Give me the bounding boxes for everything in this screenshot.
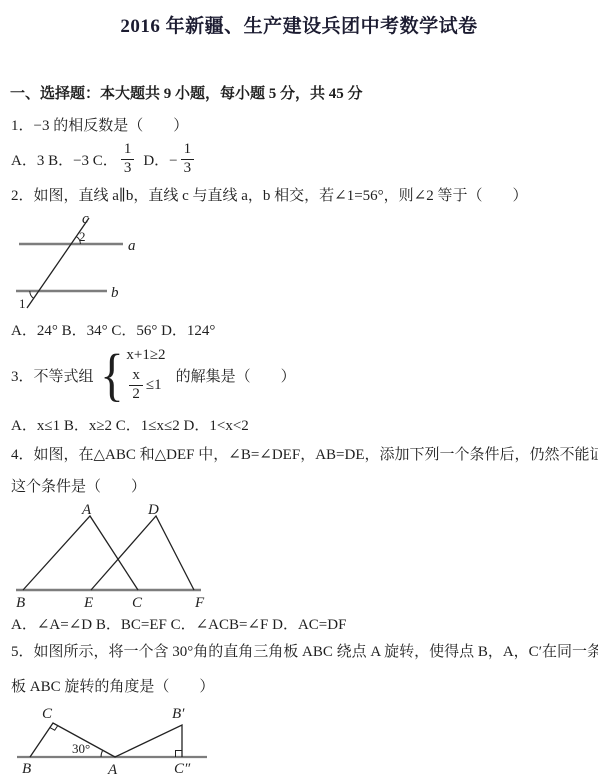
q2-angle1-label: 1 — [19, 296, 26, 311]
q2-label-a: a — [128, 238, 136, 254]
q4-triangle-DEF — [91, 516, 194, 590]
q4-stem-line1: 4．如图，在△ABC 和△DEF 中，∠B=∠DEF，AB=DE，添加下列一个条… — [11, 443, 598, 464]
q2-parallel-lines-figure: c a b 2 1 — [8, 208, 158, 312]
q2-stem: 2．如图，直线 a∥b，直线 c 与直线 a，b 相交，若∠1=56°，则∠2 … — [11, 184, 528, 205]
q4-stem-line2: 这个条件是（ ） — [11, 475, 146, 496]
q1-options-prefix: A．3 B．−3 C． — [11, 149, 118, 170]
q3-inequality-1: x+1≥2 — [126, 347, 165, 364]
q5-stem-line1: 5．如图所示，将一个含 30°角的直角三角板 ABC 绕点 A 旋转，使得点 B… — [11, 640, 598, 661]
q3-stem: 3．不等式组 { x+1≥2 x2 ≤1 的解集是（ ） — [11, 342, 296, 408]
q4-label-C: C — [132, 595, 143, 611]
q3-stem-prefix: 3．不等式组 — [11, 365, 94, 386]
q1-fraction-one-third: 13 — [121, 142, 135, 177]
fraction-numerator: 1 — [181, 142, 195, 160]
q4-label-D: D — [147, 502, 159, 518]
q3-inequality-2-suffix: ≤1 — [146, 377, 162, 394]
q2-label-c: c — [82, 211, 89, 227]
q4-label-A: A — [81, 502, 92, 518]
q4-label-B: B — [16, 595, 25, 611]
q1-stem: 1．−3 的相反数是（ ） — [11, 114, 188, 135]
q4-options: A．∠A=∠D B．BC=EF C．∠ACB=∠F D．AC=DF — [11, 613, 346, 634]
q5-triangle-ABprime — [115, 725, 182, 757]
q3-inequality-2: x2 ≤1 — [126, 368, 165, 403]
q5-angle-label: 30° — [72, 741, 90, 756]
q1-options: A．3 B．−3 C． 13 D．− 13 — [11, 140, 197, 178]
q5-label-B: B — [22, 761, 31, 777]
q1-fraction-neg-one-third: 13 — [181, 142, 195, 177]
q5-label-Cdblprime: C″ — [174, 761, 191, 777]
q3-inequality-system: x+1≥2 x2 ≤1 — [126, 347, 165, 403]
q5-label-A: A — [107, 762, 118, 778]
q3-fraction-x-over-2: x2 — [129, 368, 143, 403]
fraction-numerator: x — [129, 368, 143, 386]
q5-stem-line2: 板 ABC 旋转的角度是（ ） — [11, 675, 214, 696]
section-heading: 一、选择题：本大题共 9 小题，每小题 5 分，共 45 分 — [10, 82, 363, 103]
q4-triangles-figure: A D B E C F — [6, 500, 216, 612]
q5-label-C: C — [42, 706, 53, 722]
q4-triangle-ABC — [23, 516, 138, 590]
q2-options: A．24° B．34° C．56° D．124° — [11, 319, 215, 340]
fraction-denominator: 3 — [121, 160, 135, 177]
q4-label-E: E — [83, 595, 93, 611]
q4-label-F: F — [194, 595, 205, 611]
q5-rotated-triangle-figure: C B′ B A C″ 30° — [6, 702, 236, 779]
q1-options-mid: D．− — [143, 149, 177, 170]
exam-paper-page: 2016 年新疆、生产建设兵团中考数学试卷 一、选择题：本大题共 9 小题，每小… — [0, 0, 598, 779]
q2-angle2-label: 2 — [79, 229, 86, 244]
fraction-denominator: 3 — [181, 160, 195, 177]
q5-label-Bprime: B′ — [172, 706, 185, 722]
q3-options: A．x≤1 B．x≥2 C．1≤x≤2 D．1<x<2 — [11, 414, 249, 435]
fraction-numerator: 1 — [121, 142, 135, 160]
q3-system-brace: { — [100, 349, 124, 401]
q3-stem-suffix: 的解集是（ ） — [176, 365, 296, 386]
page-title: 2016 年新疆、生产建设兵团中考数学试卷 — [0, 11, 598, 38]
fraction-denominator: 2 — [129, 386, 143, 403]
q2-label-b: b — [111, 285, 119, 301]
